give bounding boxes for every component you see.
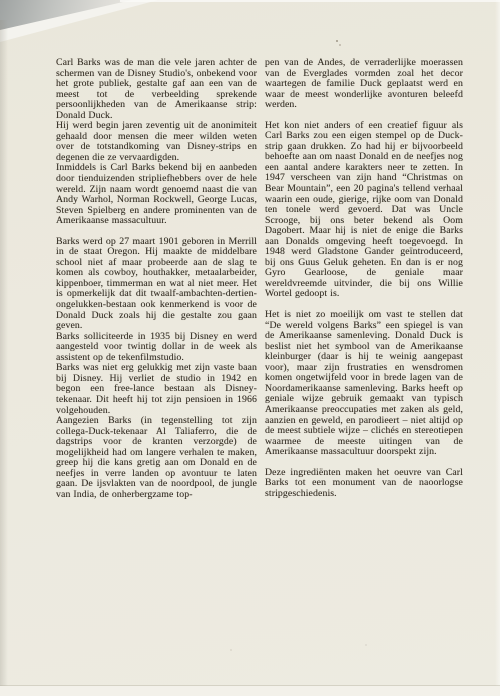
paragraph: Barks solliciteerde in 1935 bij Disney e…	[56, 332, 257, 364]
paragraph: Inmiddels is Carl Barks bekend bij en aa…	[56, 163, 257, 226]
paragraph: Het is niet zo moeilijk om vast te stell…	[265, 310, 463, 458]
paragraph: pen van de Andes, de verraderlijke moera…	[265, 58, 463, 111]
left-column: Carl Barks was de man die vele jaren ach…	[56, 58, 257, 500]
paragraph: Carl Barks was de man die vele jaren ach…	[56, 58, 257, 121]
scan-speck	[336, 40, 338, 42]
article-text: Carl Barks was de man die vele jaren ach…	[56, 58, 463, 500]
paragraph: Barks was niet erg gelukkig met zijn vas…	[56, 363, 257, 416]
scan-edge-left	[0, 20, 8, 696]
scan-speck	[365, 644, 367, 646]
paragraph: Barks werd op 27 maart 1901 geboren in M…	[56, 237, 257, 332]
paragraph: Deze ingrediënten maken het oeuvre van C…	[265, 468, 463, 500]
scan-edge-right	[495, 0, 500, 696]
paragraph: Aangezien Barks (in tegenstelling tot zi…	[56, 416, 257, 500]
paragraph: Hij werd begin jaren zeventig uit de ano…	[56, 121, 257, 163]
scan-speck	[339, 44, 341, 46]
right-column: pen van de Andes, de verraderlijke moera…	[265, 58, 463, 500]
scan-corner-artifact	[0, 0, 132, 30]
scan-speck	[230, 649, 232, 651]
paragraph: Het kon niet anders of een creatief figu…	[265, 121, 463, 300]
scan-edge-top	[120, 0, 500, 2]
scan-edge-bottom	[0, 686, 500, 696]
scanned-page: Carl Barks was de man die vele jaren ach…	[0, 0, 500, 696]
